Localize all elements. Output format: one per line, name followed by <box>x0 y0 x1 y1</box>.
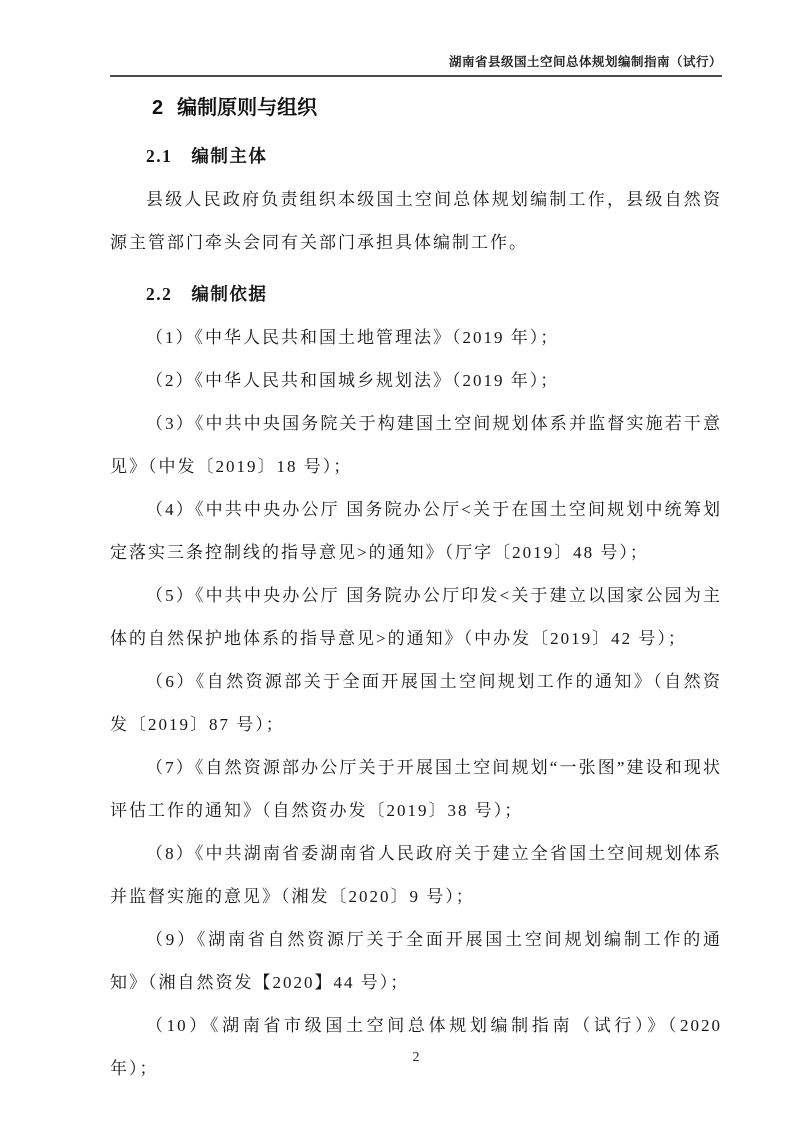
running-header-title: 湖南省县级国土空间总体规划编制指南（试行） <box>449 55 722 69</box>
section-heading-2-2: 2.2 编制依据 <box>110 273 722 316</box>
chapter-title: 编制原则与组织 <box>177 97 317 119</box>
reference-item-5: （5）《中共中央办公厅 国务院办公厅印发<关于建立以国家公园为主体的自然保护地体… <box>110 574 722 660</box>
reference-item-9: （9）《湖南省自然资源厅关于全面开展国土空间规划编制工作的通知》（湘自然资发【2… <box>110 918 722 1004</box>
reference-item-4: （4）《中共中央办公厅 国务院办公厅<关于在国土空间规划中统筹划定落实三条控制线… <box>110 488 722 574</box>
reference-item-3: （3）《中共中央国务院关于构建国土空间规划体系并监督实施若干意见》（中发〔201… <box>110 402 722 488</box>
document-page: 湖南省县级国土空间总体规划编制指南（试行） 2编制原则与组织 2.1 编制主体 … <box>0 0 793 1122</box>
reference-item-2: （2）《中华人民共和国城乡规划法》（2019 年）； <box>110 359 722 402</box>
reference-item-8: （8）《中共湖南省委湖南省人民政府关于建立全省国土空间规划体系并监督实施的意见》… <box>110 832 722 918</box>
reference-item-1: （1）《中华人民共和国土地管理法》（2019 年）； <box>110 316 722 359</box>
chapter-heading: 2编制原则与组织 <box>152 90 722 126</box>
page-number: 2 <box>413 1050 420 1065</box>
page-footer: 2 <box>110 1048 722 1066</box>
reference-item-10: （10）《湖南省市级国土空间总体规划编制指南（试行）》（2020 年）； <box>110 1004 722 1090</box>
reference-item-6: （6）《自然资源部关于全面开展国土空间规划工作的通知》（自然资发〔2019〕87… <box>110 660 722 746</box>
section-2-1-paragraph: 县级人民政府负责组织本级国土空间总体规划编制工作，县级自然资源主管部门牵头会同有… <box>110 178 722 264</box>
page-header: 湖南省县级国土空间总体规划编制指南（试行） <box>110 0 722 77</box>
chapter-number: 2 <box>152 97 163 119</box>
page-content: 2编制原则与组织 2.1 编制主体 县级人民政府负责组织本级国土空间总体规划编制… <box>110 76 722 1090</box>
section-heading-2-1: 2.1 编制主体 <box>110 135 722 178</box>
reference-item-7: （7）《自然资源部办公厅关于开展国土空间规划“一张图”建设和现状评估工作的通知》… <box>110 746 722 832</box>
